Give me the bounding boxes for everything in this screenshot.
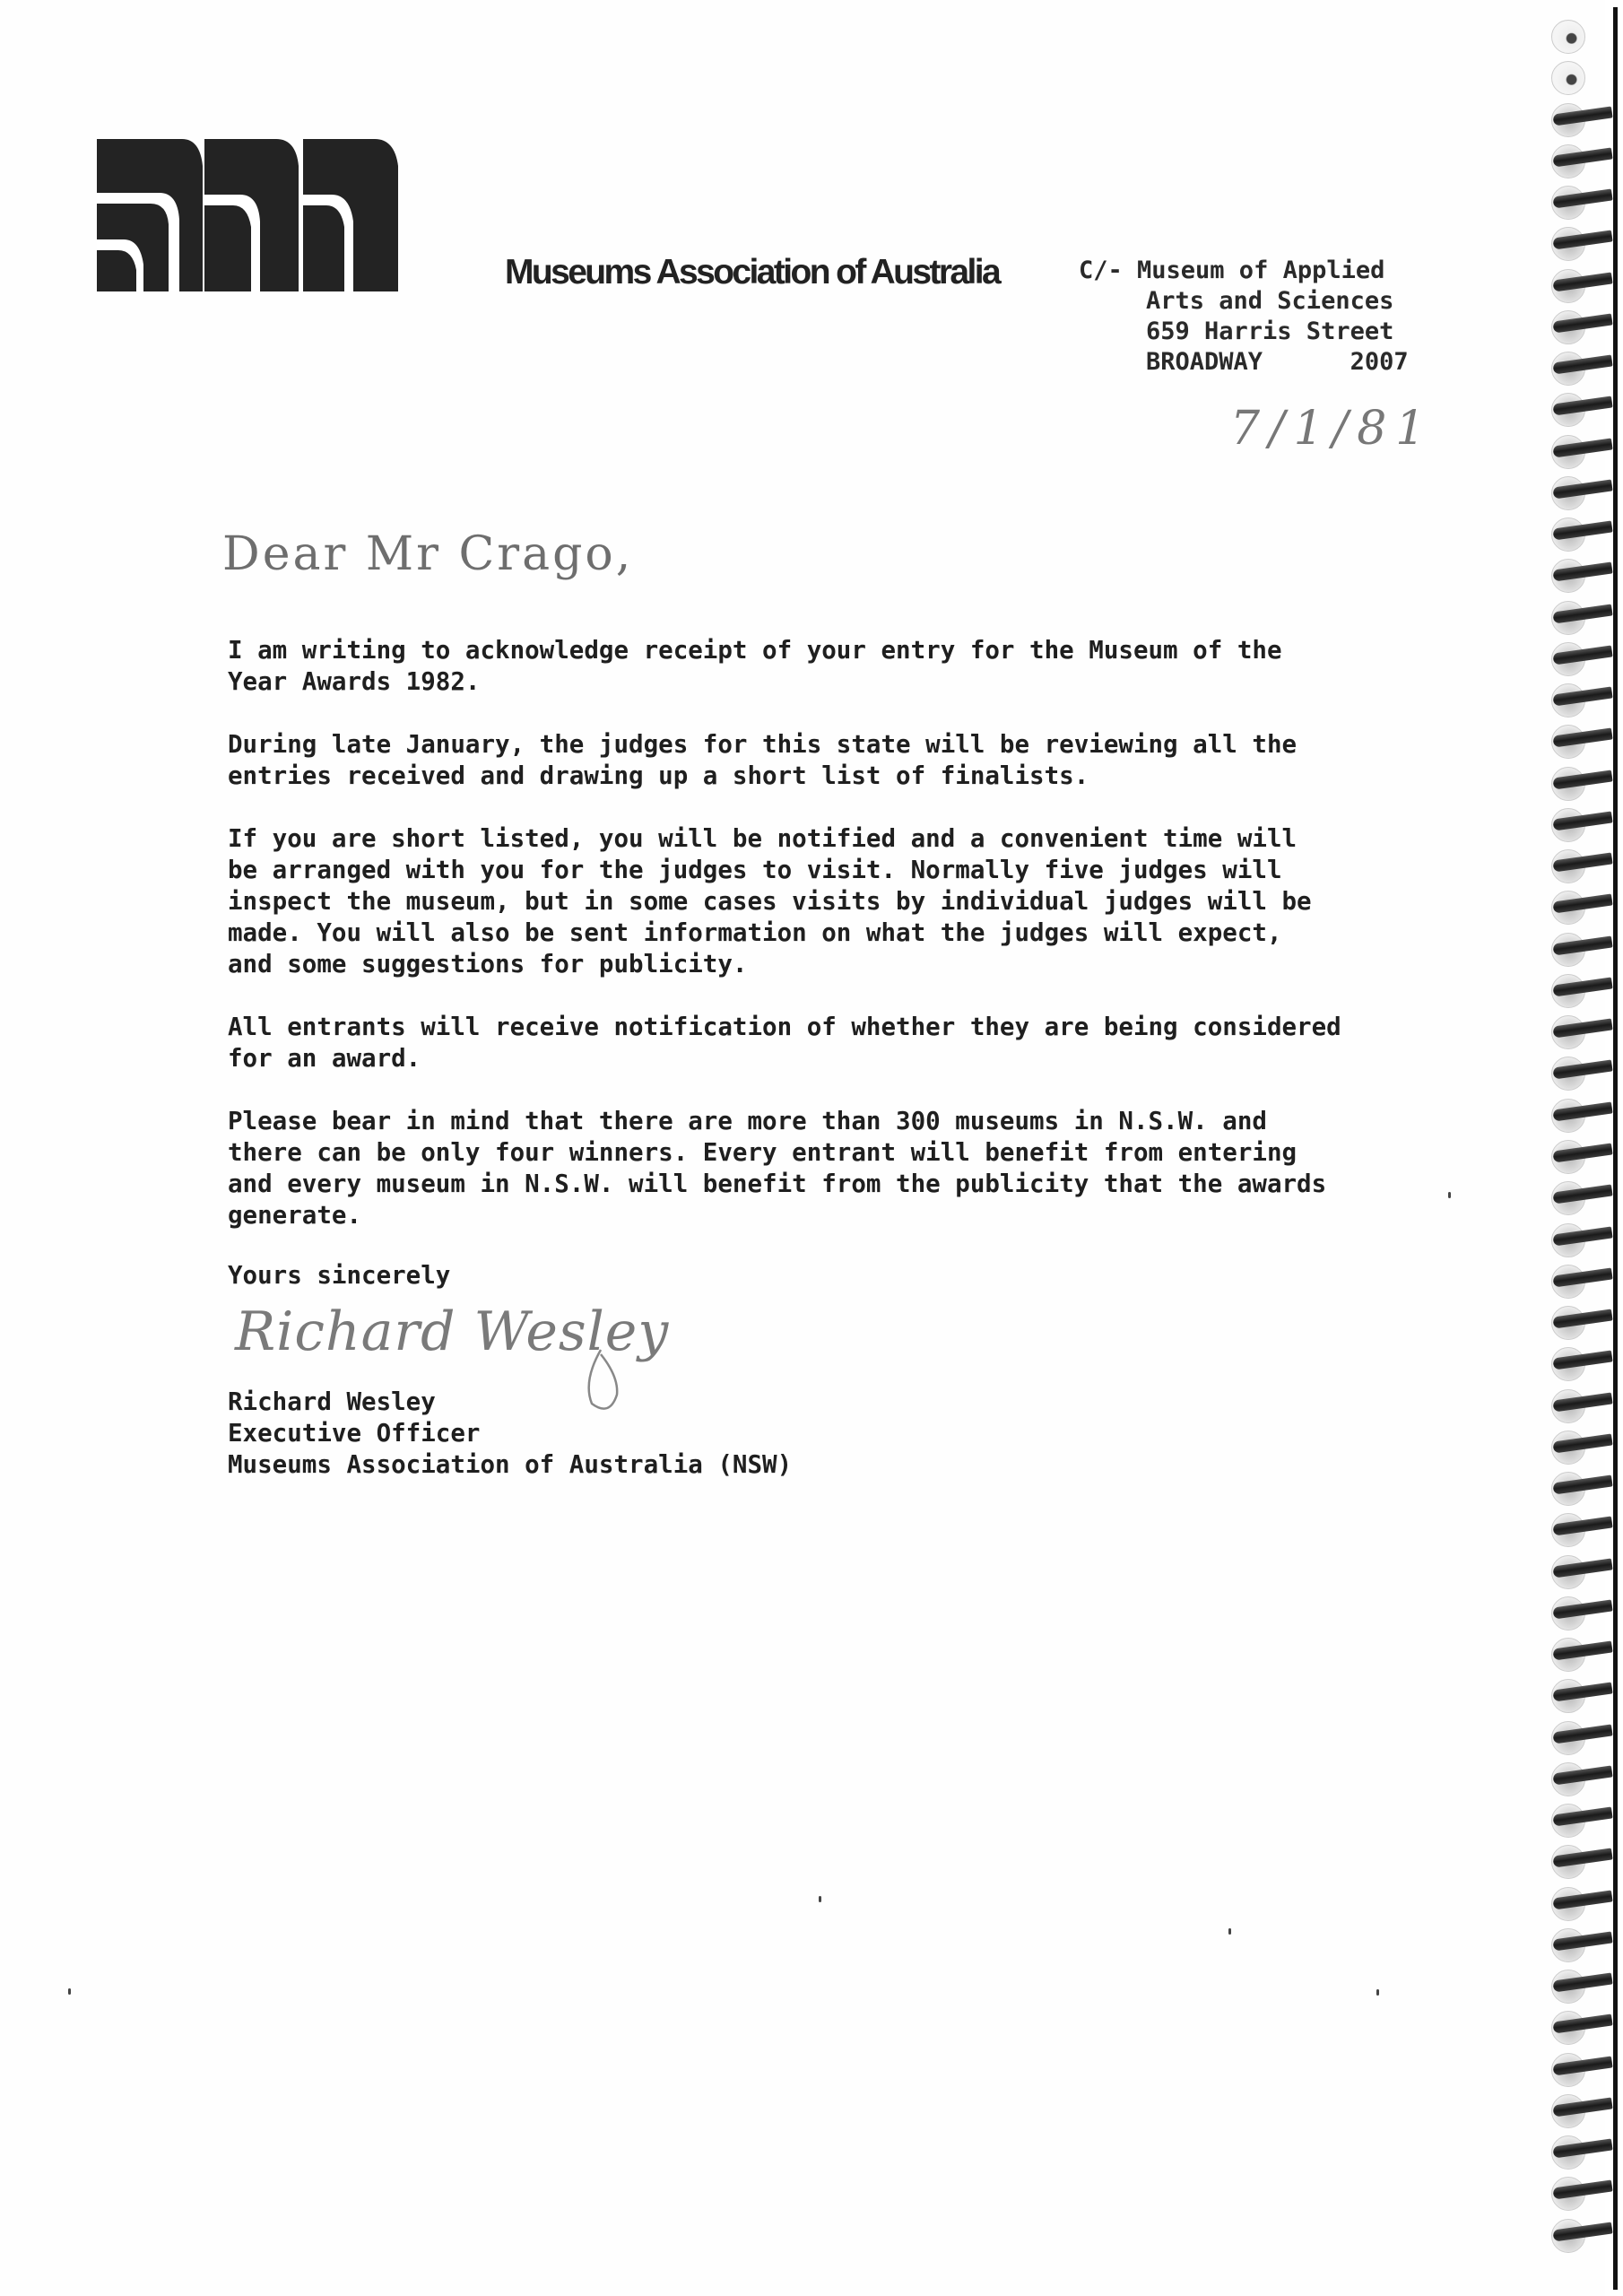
letter-body: I am writing to acknowledge receipt of y… [228, 635, 1465, 1263]
binding-coil [1551, 1845, 1614, 1881]
binding-coil [1551, 1762, 1614, 1798]
address-block: C/- Museum of Applied Arts and Sciences … [1079, 256, 1409, 378]
binding-coil [1551, 1513, 1614, 1549]
binding-coil [1551, 1596, 1614, 1632]
binding-coil [1551, 642, 1614, 678]
binding-coil [1551, 144, 1614, 180]
binding-coil [1551, 1265, 1614, 1300]
binding-coil [1551, 891, 1614, 926]
binding-coil [1551, 476, 1614, 512]
paragraph: Please bear in mind that there are more … [228, 1106, 1465, 1231]
binding-coil [1551, 1347, 1614, 1383]
binding-coil [1551, 725, 1614, 761]
binding-coil [1551, 2011, 1614, 2047]
binding-coil [1551, 352, 1614, 387]
binding-coil [1551, 61, 1614, 97]
binding-coil [1551, 1721, 1614, 1757]
binding-coil [1551, 1887, 1614, 1923]
binding-coil [1551, 2053, 1614, 2089]
organization-name: Museums Association of Australia [505, 253, 999, 292]
binding-coil [1551, 559, 1614, 595]
binding-coil [1551, 269, 1614, 305]
paragraph: I am writing to acknowledge receipt of y… [228, 635, 1465, 698]
binding-coil [1551, 1099, 1614, 1135]
address-line: Arts and Sciences [1079, 286, 1409, 317]
binding-coil [1551, 1181, 1614, 1217]
paragraph: If you are short listed, you will be not… [228, 823, 1465, 980]
paper-speck [1228, 1928, 1231, 1935]
paragraph: During late January, the judges for this… [228, 729, 1465, 792]
paper-speck [68, 1988, 71, 1995]
binding-coil [1551, 2094, 1614, 2130]
binding-coil [1551, 1804, 1614, 1839]
punch-hole-icon [1551, 61, 1585, 95]
binding-coil [1551, 1555, 1614, 1591]
handwritten-salutation: Dear Mr Crago, [222, 527, 633, 581]
paragraph: All entrants will receive notification o… [228, 1012, 1465, 1074]
binding-coil [1551, 1431, 1614, 1466]
binding-coil [1551, 2135, 1614, 2171]
letter-page: Museums Association of Australia C/- Mus… [0, 0, 1605, 2296]
binding-coil [1551, 435, 1614, 471]
binding-coil [1551, 974, 1614, 1010]
closing: Yours sincerely [228, 1261, 450, 1290]
address-line: BROADWAY 2007 [1079, 347, 1409, 378]
paper-speck [1376, 1989, 1379, 1996]
binding-coil [1551, 1057, 1614, 1092]
binding-coil [1551, 1472, 1614, 1508]
binding-coil [1551, 1306, 1614, 1342]
binding-coil [1551, 1223, 1614, 1259]
binding-coil [1551, 1928, 1614, 1964]
paper-speck [819, 1896, 821, 1902]
binding-coil [1551, 310, 1614, 346]
signatory-block: Richard Wesley Executive Officer Museums… [228, 1387, 792, 1481]
binding-coil [1551, 1679, 1614, 1715]
binding-coil [1551, 2219, 1614, 2255]
binding-coil [1551, 393, 1614, 429]
binding-coil [1551, 601, 1614, 637]
paper-speck [1448, 1192, 1451, 1198]
handwritten-date: 7/1/81 [1230, 402, 1434, 456]
signatory-organization: Museums Association of Australia (NSW) [228, 1449, 792, 1481]
binding-coil [1551, 767, 1614, 803]
binding-coil [1551, 808, 1614, 844]
binding-coil [1551, 103, 1614, 139]
binding-coil [1551, 849, 1614, 885]
binding-coil [1551, 227, 1614, 263]
punch-hole-icon [1551, 20, 1585, 54]
address-line: 659 Harris Street [1079, 317, 1409, 347]
binding-coil [1551, 933, 1614, 969]
spiral-binding-icon [1524, 0, 1623, 2296]
binding-coil [1551, 517, 1614, 553]
binding-coil [1551, 683, 1614, 719]
binding-coil [1551, 1015, 1614, 1051]
binding-coil [1551, 2177, 1614, 2213]
signatory-title: Executive Officer [228, 1418, 792, 1449]
signatory-name: Richard Wesley [228, 1387, 792, 1418]
address-line: C/- Museum of Applied [1079, 256, 1409, 286]
binding-coil [1551, 1970, 1614, 2005]
binding-coil [1551, 1638, 1614, 1674]
binding-coil [1551, 20, 1614, 56]
binding-coil [1551, 186, 1614, 222]
binding-coil [1551, 1389, 1614, 1425]
maa-logo-icon [97, 139, 500, 291]
binding-coil [1551, 1140, 1614, 1176]
